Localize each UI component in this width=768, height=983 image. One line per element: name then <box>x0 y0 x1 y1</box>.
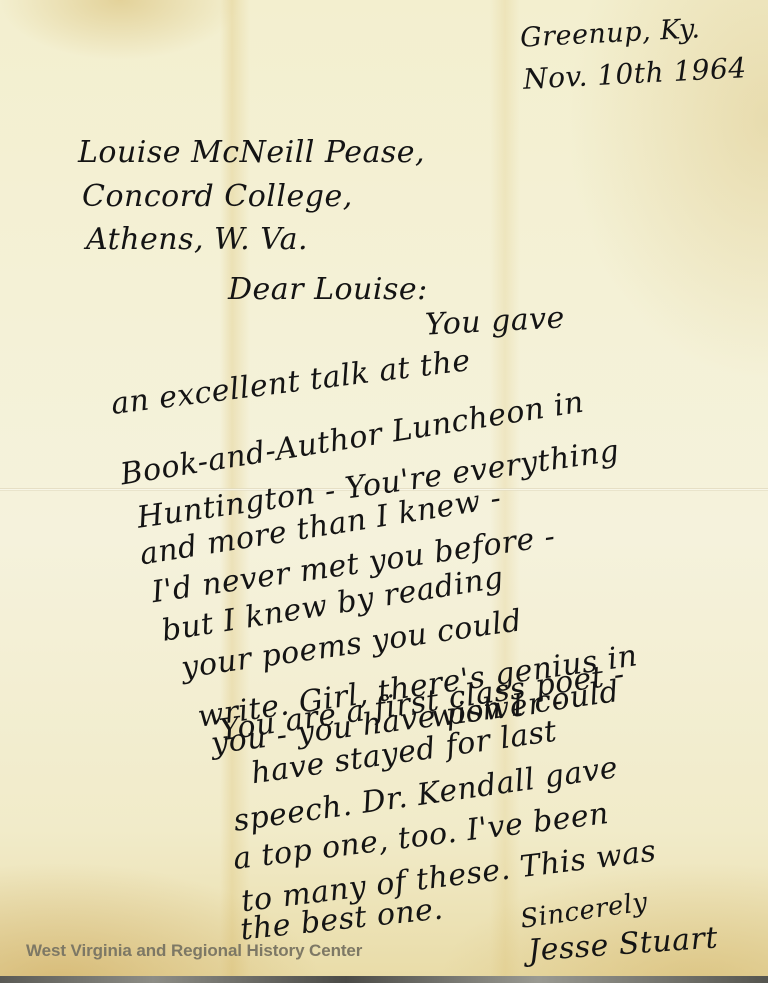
recipient-name: Louise McNeill Pease, <box>78 138 425 168</box>
salutation: Dear Louise: <box>228 275 428 305</box>
body-line: You gave <box>424 303 565 340</box>
letter-paper: Greenup, Ky. Nov. 10th 1964 Louise McNei… <box>0 0 768 978</box>
letter-date: Nov. 10th 1964 <box>522 54 747 94</box>
recipient-city: Athens, W. Va. <box>86 225 308 255</box>
recipient-institution: Concord College, <box>82 182 353 212</box>
body-line: an excellent talk at the <box>110 346 473 420</box>
scan-bottom-edge <box>0 976 768 983</box>
archive-watermark: West Virginia and Regional History Cente… <box>26 941 362 961</box>
letter-place: Greenup, Ky. <box>519 15 701 51</box>
